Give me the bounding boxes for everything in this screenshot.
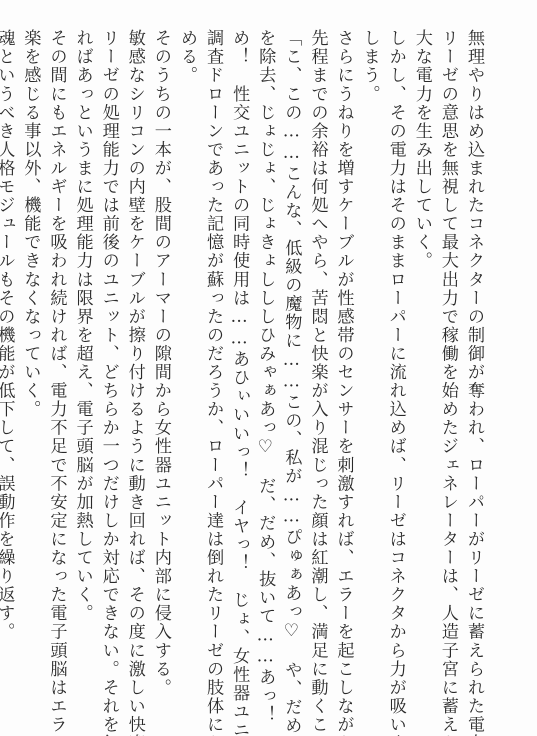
text-line: しまう。 [357,29,383,689]
text-line: 魂というべき人格モジュールもその機能が低下して、誤動作を繰り返す。 [0,29,17,689]
text-line: め！ 性交ユニットの同時使用は……あひぃいいっ！ イヤっ！ じょ、女性器ユニット… [226,29,252,689]
text-line: さらにうねりを増すケーブルが性感帯のセンサーを刺激すれば、エラーを起こしながら学… [330,29,356,689]
text-line: 無理やりはめ込まれたコネクターの制御が奪われ、ローパーがリーゼに蓄えられた電力を… [461,29,487,689]
text-line: 楽を感じる事以外、機能できなくなっていく。 [17,29,43,689]
text-line: リーゼの処理能力では前後のユニット、どちらか一つだけしか対応できない。それを無視… [96,29,122,689]
text-line: リーゼの意思を無視して最大出力で稼働を始めたジェネレーターは、人造子宮に蓄えられ… [435,29,461,689]
text-line: しかし、その電力はそのままローパーに流れ込めば、リーゼはコネクタから力が吸い取ら… [383,29,409,689]
text-line: 調査ドローンであった記憶が蘇ったのだろうか、ローパー達は倒れたリーゼの肢体にケー… [200,29,226,689]
text-line: 「こ、この……こんな、低級の魔物に……この、私が……ぴゅぁあっ♡ や、だめっ！ … [278,29,304,689]
vertical-text-body: 無理やりはめ込まれたコネクターの制御が奪われ、ローパーがリーゼに蓄えられた電力を… [0,29,487,689]
text-line: 敏感なシリコンの内壁をケーブルが擦り付けるように動き回れば、その度に激しい快楽信… [122,29,148,689]
text-line: その間にもエネルギーを吸われ続ければ、電力不足で不安定になった電子頭脳はエラーを… [43,29,69,689]
text-line: を除去、じょじょ、じょきょしししひみゃぁあっ♡ だ、だめ、抜いて……あっ！ や、… [252,29,278,689]
text-line: める。 [174,29,200,689]
book-page: 無理やりはめ込まれたコネクターの制御が奪われ、ローパーがリーゼに蓄えられた電力を… [0,0,537,736]
text-line: そのうちの一本が、股間のアーマーの隙間から女性器ユニット内部に侵入する。 [148,29,174,689]
text-line: 大な電力を生み出していく。 [409,29,435,689]
text-line: 先程までの余裕は何処へやら、苦悶と快楽が入り混じった顔は紅潮し、満足に動くことも… [304,29,330,689]
text-line: ればあっというまに処理能力は限界を超え、電子頭脳が加熱していく。 [70,29,96,689]
